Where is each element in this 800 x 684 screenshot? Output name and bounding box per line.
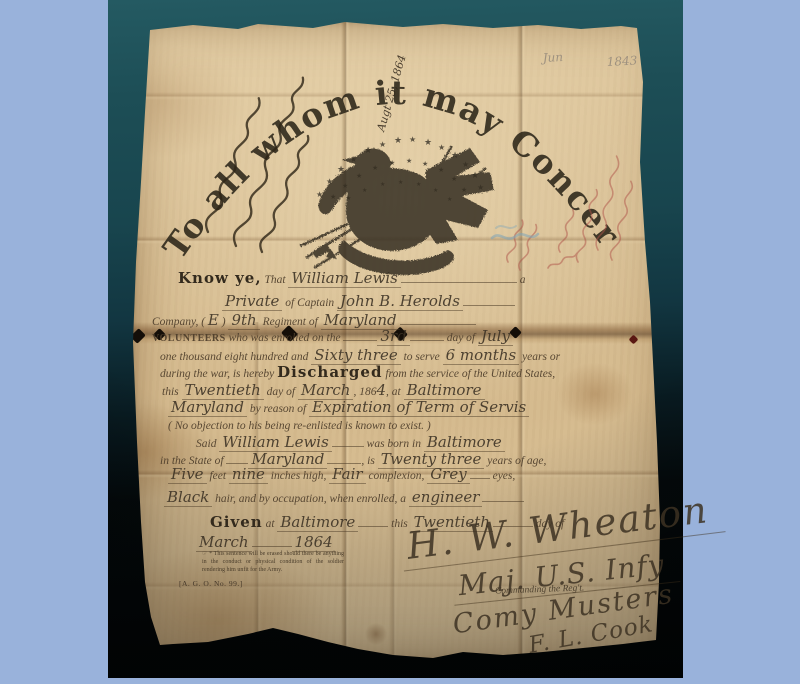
printed-text: years of age,: [484, 455, 546, 467]
form-line: Black hair, and by occupation, when enro…: [152, 487, 654, 504]
printed-text: this: [162, 386, 182, 398]
printed-text: years or: [519, 351, 560, 363]
printed-text: during the war, is hereby: [160, 368, 277, 380]
ruled-blank: [358, 514, 388, 527]
form-line: Said William Lewis was born in Baltimore: [152, 432, 654, 449]
printed-text: ): [219, 316, 229, 328]
printed-text: was born in: [364, 438, 424, 450]
printed-text: day of: [264, 386, 298, 398]
fold-crease: [133, 92, 668, 100]
fold-crease: [133, 236, 668, 244]
handwritten-entry: nine: [229, 465, 268, 484]
form-number: [A. G. O. No. 99.]: [179, 579, 243, 588]
handwritten-entry: 3rd: [377, 327, 409, 346]
form-line: Maryland by reason of Expiration of Term…: [152, 397, 654, 414]
handwritten-entry: 9th: [228, 311, 259, 330]
printed-text: VOLUNTEERS: [152, 333, 226, 344]
form-line: Company, ( E ) 9th Regiment of Maryland: [152, 310, 654, 327]
printed-text: Regiment of: [260, 316, 321, 328]
printed-gothic-text: Given: [210, 513, 263, 531]
ruled-blank: [332, 434, 364, 447]
printed-text: from the service of the United States,: [382, 368, 555, 380]
handwritten-entry: E: [208, 311, 219, 329]
printed-text: Company, (: [152, 316, 208, 328]
handwritten-entry: Maryland: [168, 398, 247, 417]
handwritten-entry: Fair: [329, 465, 365, 484]
handwritten-entry: 6 months: [443, 346, 520, 365]
ruled-blank: [410, 328, 444, 341]
handwritten-entry: 1864: [292, 533, 336, 552]
handwritten-entry: March: [196, 533, 252, 552]
handwritten-entry: Private: [222, 292, 282, 311]
handwritten-entry: Baltimore: [277, 513, 358, 532]
printed-text: feet: [207, 470, 229, 482]
handwritten-entry: Five: [168, 465, 207, 484]
printed-gothic-text: Know ye,: [178, 269, 262, 287]
handwritten-entry: 4: [376, 381, 386, 399]
ruled-blank: [400, 312, 476, 325]
printed-text: by reason of: [247, 403, 309, 415]
handwritten-entry: John B. Herolds: [337, 292, 463, 311]
ruled-blank: [401, 270, 517, 283]
form-line: one thousand eight hundred and Sixty thr…: [152, 345, 654, 362]
handwritten-entry: William Lewis: [288, 269, 400, 288]
handwritten-entry: Grey: [427, 465, 470, 484]
form-line: during the war, is hereby Discharged fro…: [152, 362, 654, 379]
printed-text: , 186: [353, 386, 376, 398]
ruled-blank: [482, 489, 524, 502]
ruled-blank: [252, 534, 292, 547]
ruled-blank: [327, 451, 361, 464]
printed-text: That: [262, 274, 289, 286]
ruled-blank: [463, 293, 515, 306]
printed-text: at: [263, 518, 278, 530]
printed-text: complexion,: [366, 470, 428, 482]
photo-frame: Know ye, That William Lewis aPrivate of …: [0, 0, 800, 684]
handwritten-entry: Expiration of Term of Servis: [309, 398, 529, 417]
ruled-blank: [226, 451, 248, 464]
printed-text: ( No objection to his being re-enlisted …: [168, 420, 431, 432]
printed-text: day of: [444, 332, 478, 344]
printed-text: inches high,: [268, 470, 329, 482]
form-line: this Twentieth day of March, 1864, at Ba…: [152, 380, 654, 397]
handwritten-entry: engineer: [409, 488, 483, 507]
printed-text: who was enrolled on the: [226, 332, 344, 344]
form-line: Private of Captain John B. Herolds: [152, 291, 654, 308]
printed-text: to serve: [401, 351, 443, 363]
printed-text: , at: [386, 386, 404, 398]
printed-text: a: [517, 274, 526, 286]
printed-text: eyes,: [490, 470, 516, 482]
handwritten-entry: July: [478, 327, 513, 346]
fine-print-note: ☞ * This sentence will be erased should …: [202, 551, 344, 574]
printed-gothic-text: Discharged: [277, 363, 382, 381]
printed-text: of Captain: [282, 297, 337, 309]
form-line: Know ye, That William Lewis a: [152, 268, 654, 285]
handwritten-entry: Sixty three: [311, 346, 400, 365]
printed-text: hair, and by occupation, when enrolled, …: [212, 493, 409, 505]
handwritten-entry: Black: [164, 488, 212, 507]
printed-text: one thousand eight hundred and: [160, 351, 311, 363]
printed-text: Said: [196, 438, 219, 450]
